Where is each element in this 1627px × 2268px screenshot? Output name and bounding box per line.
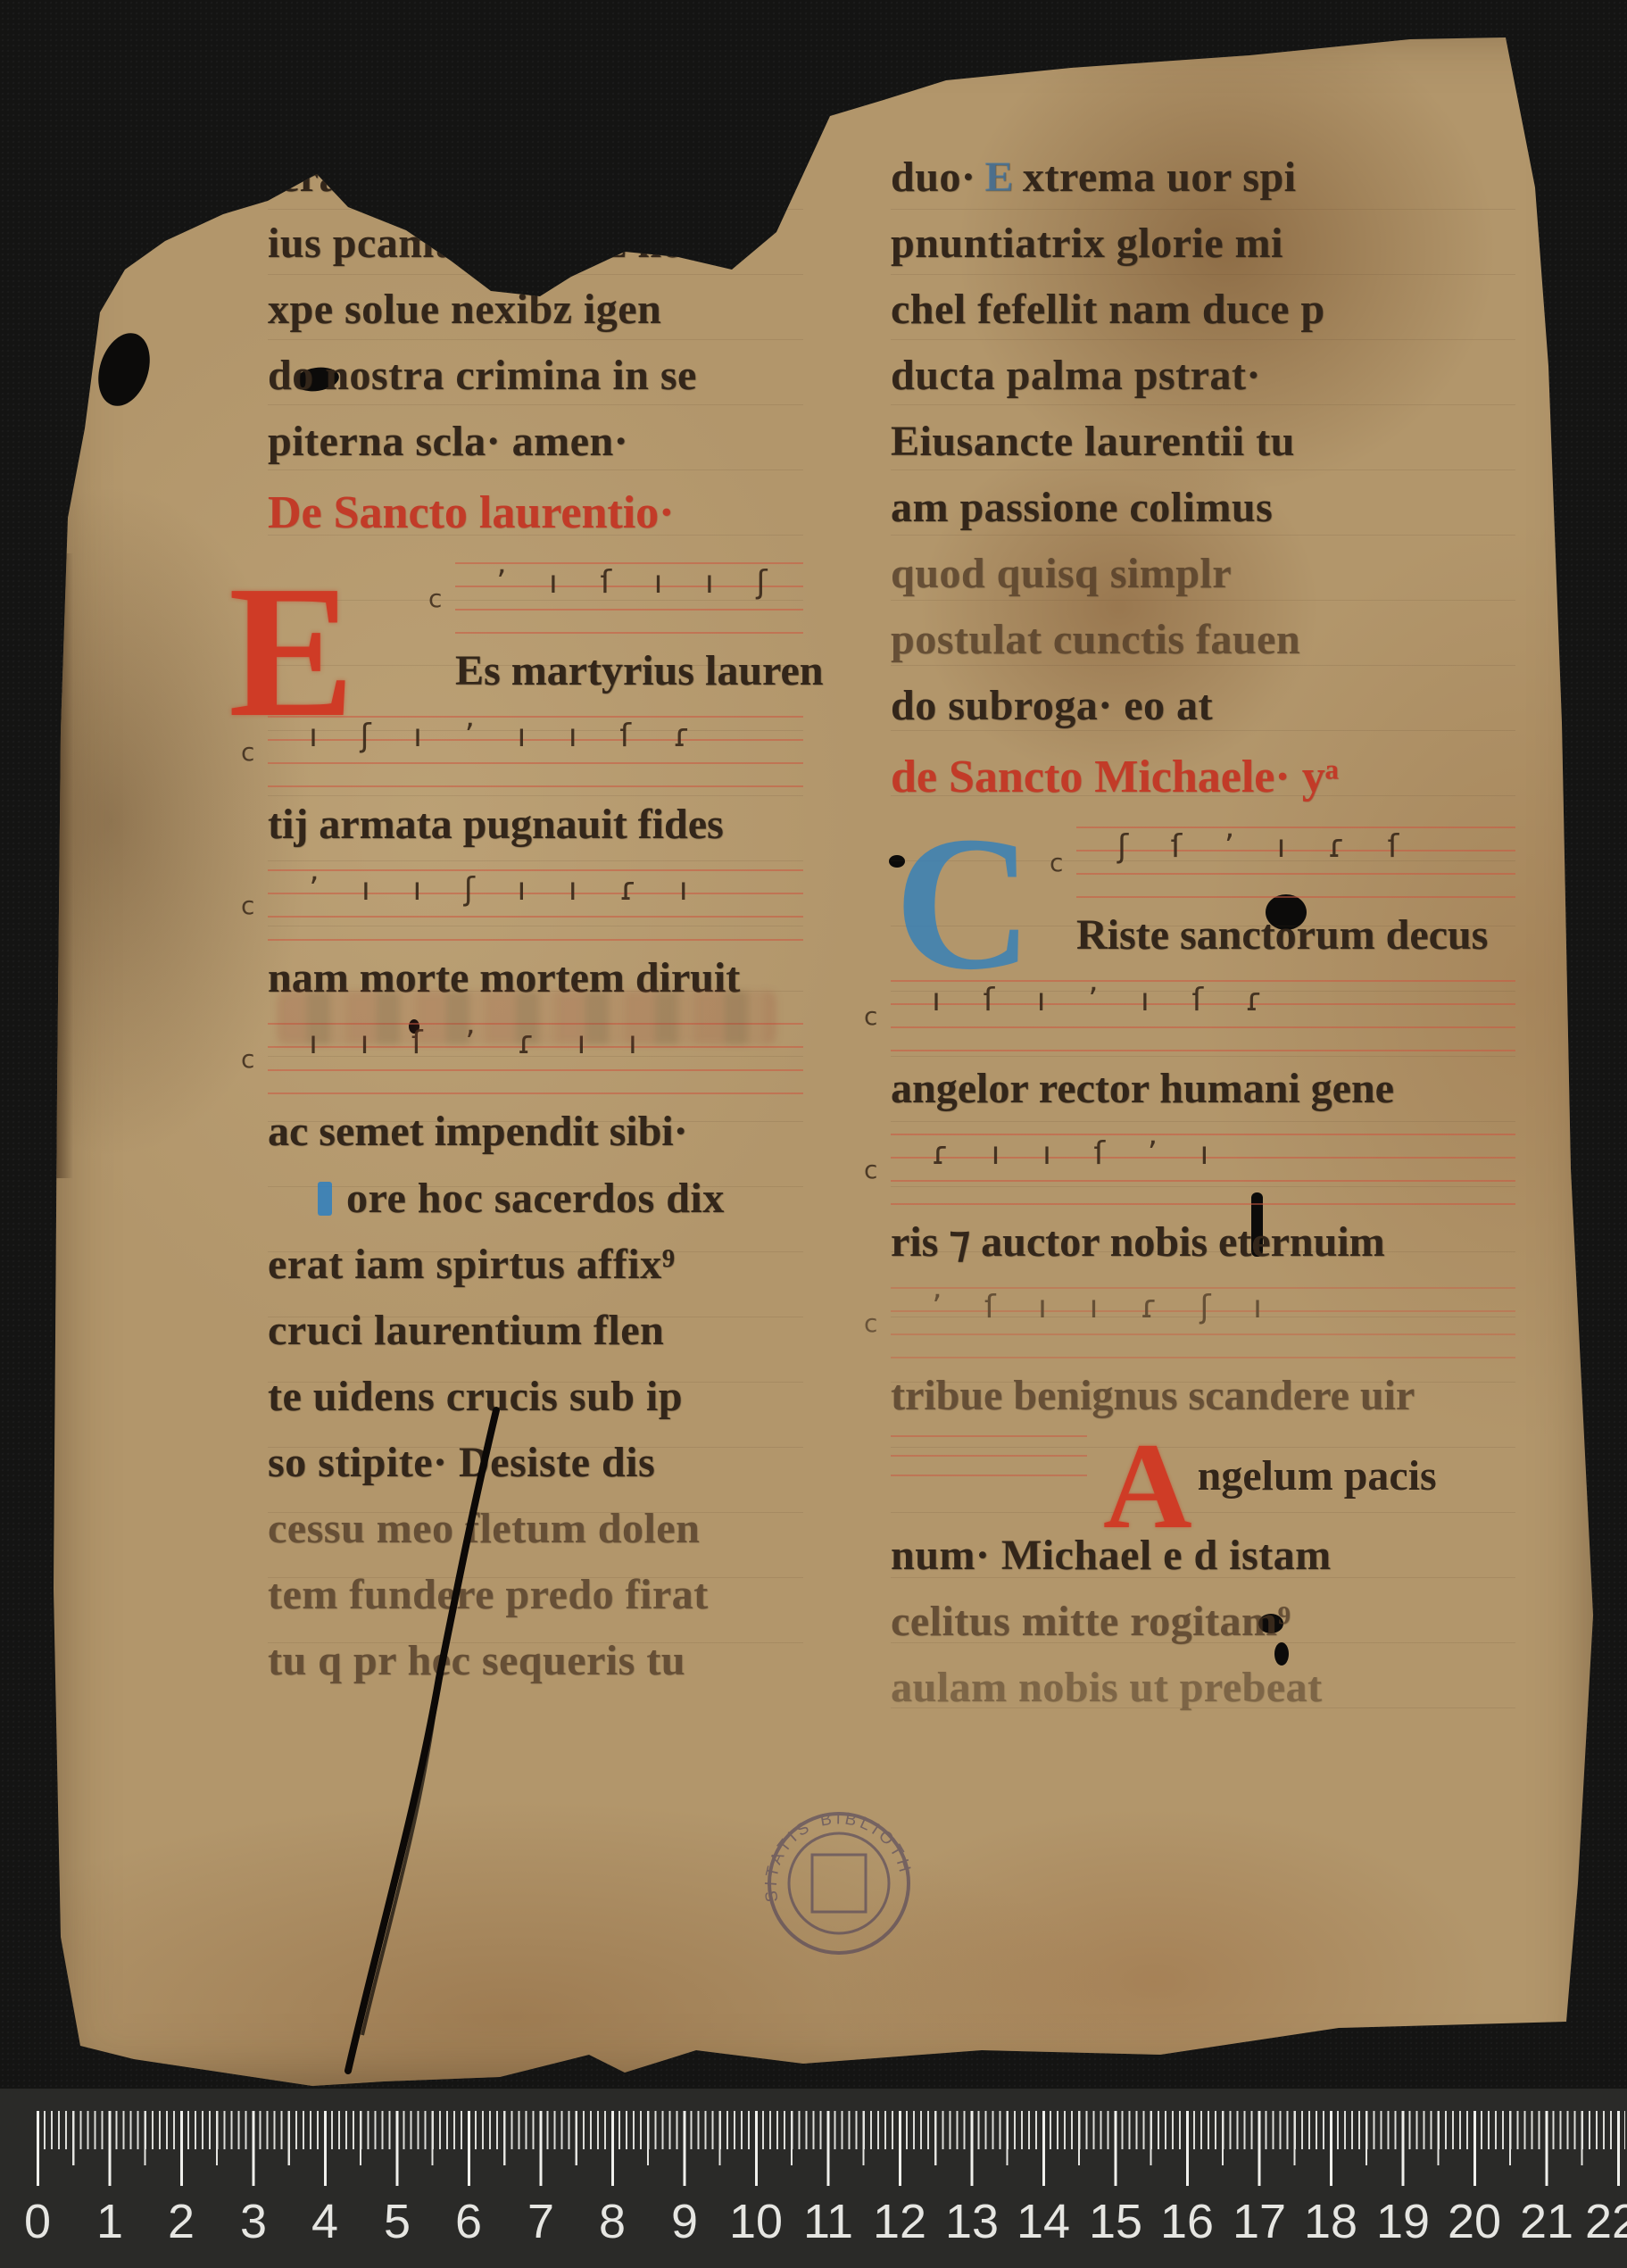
ruler-number: 15 — [1089, 2194, 1142, 2249]
clef-mark: c — [864, 1001, 877, 1031]
neume-marks: ı ʃ ı ʼ ı ı ſ ɾ — [309, 718, 706, 754]
erased-text-smudge — [277, 991, 776, 1044]
neume-marks: ʼ ı ı ʃ ı ı ɾ ı — [309, 871, 704, 908]
ruler-number: 20 — [1448, 2194, 1501, 2249]
rubric-laurentio: De Sancto laurentio· — [268, 475, 803, 552]
text-line: so stipite· Desiste dis — [268, 1430, 803, 1496]
music-staff: c ʼ ı ı ʃ ı ı ɾ ı — [268, 869, 803, 941]
photo-background: { "manuscript": { "ink_color": "#33261a"… — [0, 0, 1627, 2268]
text-line: celitus mitte rogitam⁹ — [891, 1589, 1515, 1655]
ruler-number: 12 — [873, 2194, 926, 2249]
illuminated-initial-A: A — [1103, 1417, 1192, 1554]
text-line: ius pcamur precibz nos — [268, 211, 803, 277]
ruler-number: 5 — [384, 2194, 411, 2249]
ruler-number: 21 — [1520, 2194, 1573, 2249]
ruler-number: 22 — [1585, 2194, 1627, 2249]
neume-marks: ʃ ſ ʼ ı ɾ ſ — [1117, 828, 1415, 865]
music-staff: c ı ſ ı ʼ ı ſ ɾ — [891, 980, 1515, 1051]
music-system: c ı ʃ ı ʼ ı ı ſ ɾ tij armata pugnauit fi… — [268, 716, 803, 859]
text-line: tem fundere predo firat — [268, 1562, 803, 1628]
text-line: Eiusancte laurentii tu — [891, 409, 1515, 475]
music-staff: c ʼ ı ſ ı ı ʃ — [455, 562, 803, 634]
text-line: ore hoc sacerdos dix — [268, 1166, 803, 1232]
parchment-hole — [89, 327, 158, 413]
illuminated-initial-C: C — [894, 807, 1033, 999]
ruler-number: 9 — [671, 2194, 698, 2249]
music-staff: c ʃ ſ ʼ ı ɾ ſ — [1076, 827, 1515, 898]
clef-mark: c — [864, 1308, 877, 1338]
red-word: Cu — [623, 154, 678, 201]
ruler-number: 19 — [1376, 2194, 1430, 2249]
music-system: c ı ſ ı ʼ ı ſ ɾ angelor rector humani ge… — [891, 980, 1515, 1123]
ruler-number: 6 — [455, 2194, 482, 2249]
chant-lyric: Es martyrius lauren — [455, 637, 803, 705]
text-line: erat iam spirtus affix⁹ — [268, 1232, 803, 1298]
music-system: c ı ı ſ ʼ ɾ ı ı ac semet impendit sibi· — [268, 1023, 803, 1166]
ruler-number: 0 — [24, 2194, 51, 2249]
text-line: pnuntiatrix glorie mi — [891, 211, 1515, 277]
text-line: quod quisq simplr — [891, 541, 1515, 607]
chant-lyric: tij armata pugnauit fides — [268, 791, 803, 859]
library-stamp: SITATIS BIBLIOTH — [762, 1809, 915, 1953]
text-line: do subroga· eo at — [891, 673, 1515, 739]
text-fragment: duo· — [891, 154, 975, 201]
text-line: Angelum pacis — [891, 1430, 1515, 1523]
text-fragment: xtrema uor spi — [1023, 154, 1297, 201]
clef-mark: c — [864, 1155, 877, 1184]
text-line: cessu meo fletum dolen — [268, 1496, 803, 1562]
blue-paraph-mark — [318, 1182, 332, 1216]
left-edge-fold — [48, 553, 73, 1178]
manuscript-leaf: lera deuote tenuit· Cu ius pcamur precib… — [48, 18, 1601, 2089]
chant-lyric: Riste sanctorum decus — [1076, 901, 1515, 969]
tear-crack — [362, 1678, 439, 2035]
ruler: 0 1 2 3 4 5 6 7 8 9 10 11 12 13 14 15 16… — [0, 2089, 1627, 2268]
music-staff: c ɾ ı ı ſ ʼ ı — [891, 1134, 1515, 1205]
music-staff: c ʼ ſ ı ı ɾ ʃ ı — [891, 1287, 1515, 1358]
text-line: chel fefellit nam duce p — [891, 277, 1515, 343]
ruler-number: 17 — [1233, 2194, 1286, 2249]
ruler-number: 1 — [96, 2194, 123, 2249]
text-line: tu q pr hec sequeris tu — [268, 1628, 803, 1694]
right-text-column: duo·Extrema uor spi pnuntiatrix glorie m… — [891, 145, 1515, 1721]
parchment-hole — [548, 95, 573, 111]
clef-mark: c — [241, 737, 254, 767]
ruler-number: 11 — [803, 2194, 853, 2249]
ruler-number: 7 — [527, 2194, 554, 2249]
text-line: postulat cunctis fauen — [891, 607, 1515, 673]
text-line: xpe solue nexibz igen — [268, 277, 803, 343]
ruler-number: 10 — [729, 2194, 783, 2249]
ruler-number: 13 — [945, 2194, 999, 2249]
clef-mark: c — [428, 584, 442, 613]
music-system: c ʼ ſ ı ı ɾ ʃ ı tribue benignus scandere… — [891, 1287, 1515, 1430]
ruler-ticks-cm — [37, 2111, 1625, 2186]
chant-lyric: angelor rector humani gene — [891, 1055, 1515, 1123]
stamp-text: SITATIS BIBLIOTH — [762, 1809, 915, 1903]
text-fragment: ore hoc sacerdos dix — [346, 1175, 725, 1222]
clef-mark: c — [241, 891, 254, 920]
ruler-number: 8 — [599, 2194, 626, 2249]
text-fragment: lera deuote tenuit· — [268, 154, 611, 201]
faded-blue-initial: E — [984, 154, 1014, 201]
text-line: te uidens crucis sub ip — [268, 1364, 803, 1430]
text-line: piterna scla· amen· — [268, 409, 803, 475]
neume-marks: ɾ ı ı ſ ʼ ı — [932, 1135, 1224, 1172]
clef-mark: c — [1050, 848, 1063, 877]
chant-lyric: tribue benignus scandere uir — [891, 1362, 1515, 1430]
text-line: duo·Extrema uor spi — [891, 145, 1515, 211]
ruler-number: 18 — [1304, 2194, 1357, 2249]
chant-lyric: ac semet impendit sibi· — [268, 1098, 803, 1166]
ruler-number: 4 — [311, 2194, 338, 2249]
text-line: aulam nobis ut prebeat — [891, 1655, 1515, 1721]
ruler-number: 2 — [168, 2194, 195, 2249]
text-line: lera deuote tenuit· Cu — [268, 145, 803, 211]
staff-fragment — [891, 1435, 1087, 1494]
svg-text:SITATIS BIBLIOTH: SITATIS BIBLIOTH — [762, 1809, 915, 1903]
neume-marks: ı ſ ı ʼ ı ſ ɾ — [932, 982, 1279, 1018]
text-line: cruci laurentium flen — [268, 1298, 803, 1364]
chant-lyric: ris ⁊ auctor nobis eternuim — [891, 1209, 1515, 1276]
clef-mark: c — [241, 1044, 254, 1074]
text-line: ducta palma pstrat· — [891, 343, 1515, 409]
text-line: num· Michael e d istam — [891, 1523, 1515, 1589]
music-system: c ɾ ı ı ſ ʼ ı ris ⁊ auctor nobis eternui… — [891, 1134, 1515, 1276]
text-line: do nostra crimina in se — [268, 343, 803, 409]
music-staff: c ı ʃ ı ʼ ı ı ſ ɾ — [268, 716, 803, 787]
ruler-number: 14 — [1017, 2194, 1070, 2249]
text-fragment: ngelum pacis — [1198, 1452, 1437, 1500]
ruler-number: 3 — [240, 2194, 267, 2249]
left-text-column: lera deuote tenuit· Cu ius pcamur precib… — [268, 145, 803, 1694]
ruler-number: 16 — [1160, 2194, 1214, 2249]
neume-marks: ʼ ı ſ ı ı ʃ — [496, 564, 783, 601]
neume-marks: ʼ ſ ı ı ɾ ʃ ı — [932, 1289, 1278, 1325]
text-line: am passione colimus — [891, 475, 1515, 541]
